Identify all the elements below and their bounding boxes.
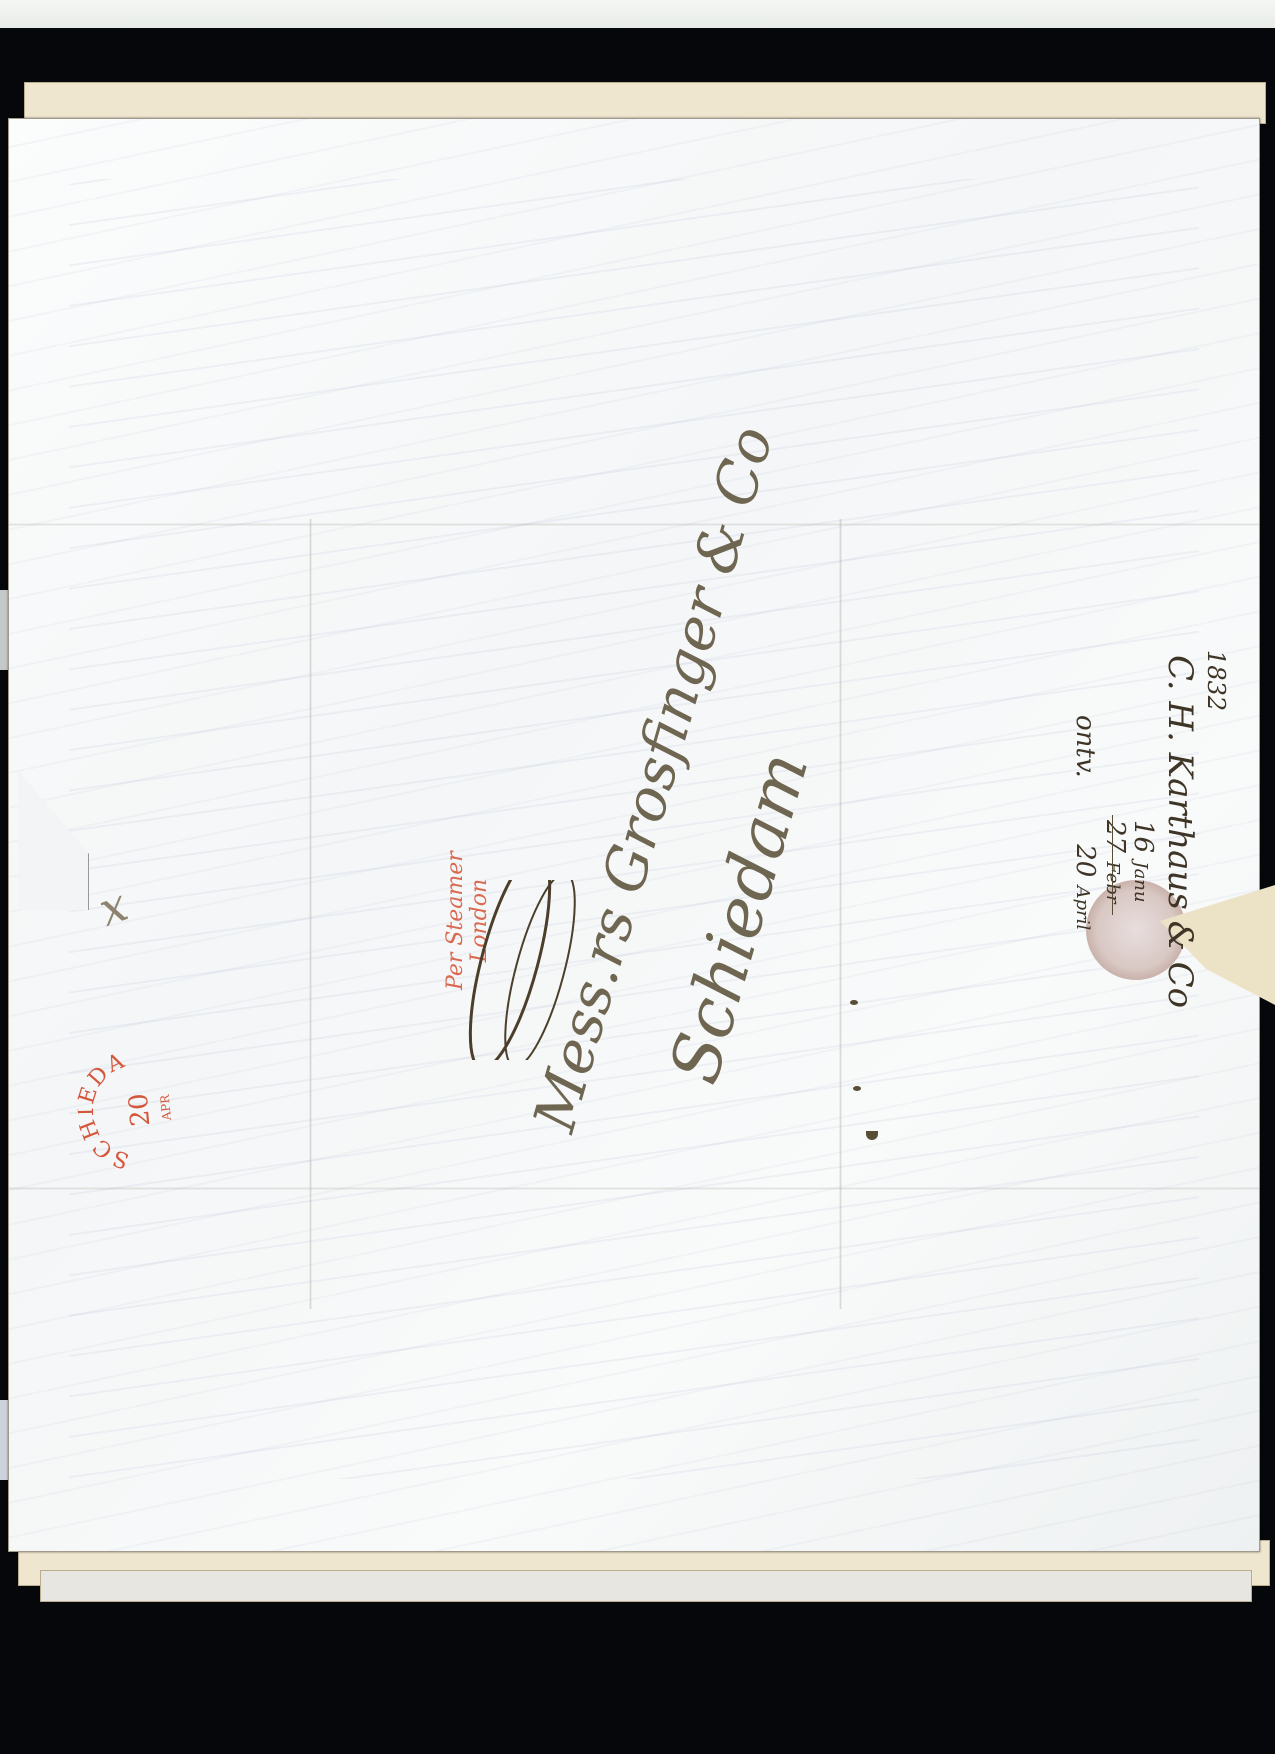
docket-rule [1112,815,1113,915]
aged-sheet-bottom-2 [40,1570,1252,1602]
docket-year: 1832 [1202,650,1230,711]
fold-line-bottom [9,1187,1259,1190]
docket-sender: C. H. Karthaus & Co [1160,655,1200,1008]
ink-spot [853,1086,861,1091]
docket-entry: 16 Janu [1128,820,1158,903]
scanner-top-margin [0,0,1275,28]
datestamp-day: 20 [124,1092,157,1128]
fold-line-right [839,519,842,1309]
docket-entry-received: ontv. 20 April [1070,715,1100,930]
datestamp-month: APR [158,1093,174,1122]
ink-spot [850,1000,858,1005]
address-flourish [380,880,640,1060]
fold-line-left [309,519,312,1309]
docket-entry: 27 Febr [1100,820,1130,904]
circular-datestamp: SCHIEDAM 20 APR [73,1045,203,1175]
fold-line-top [9,523,1259,526]
